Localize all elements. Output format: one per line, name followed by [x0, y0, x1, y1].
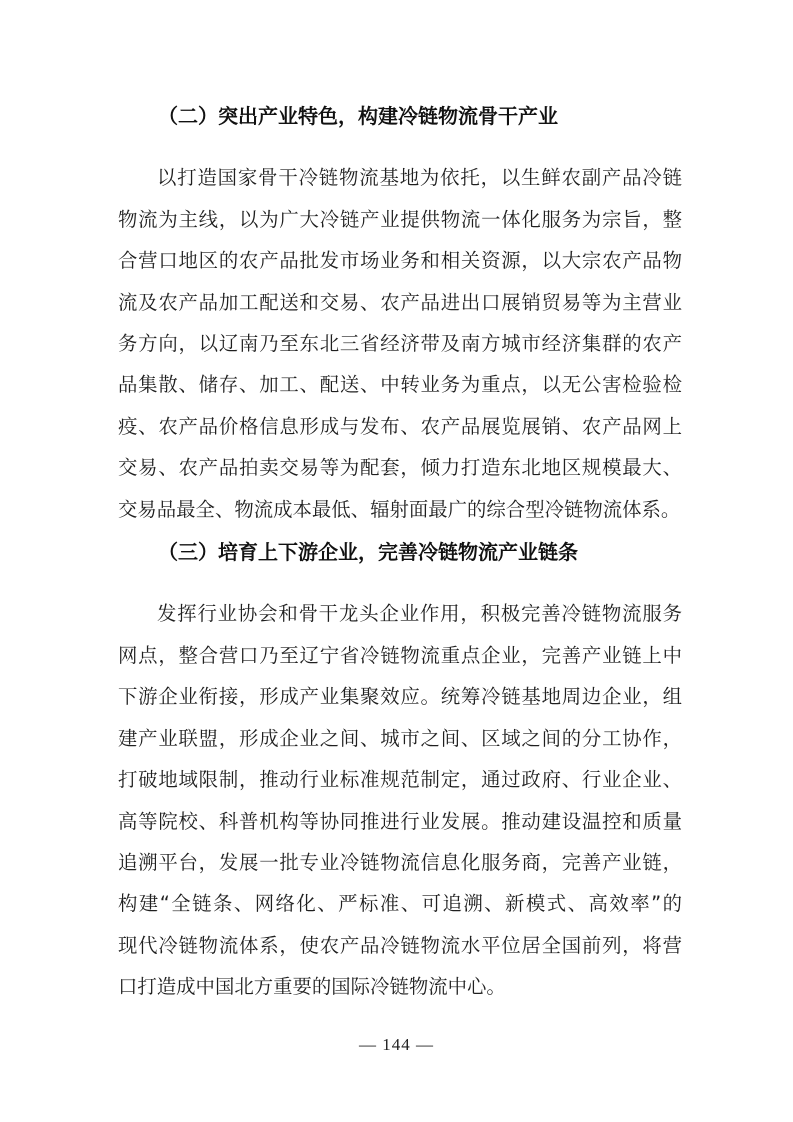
section-industry-features: （二）突出产业特色，构建冷链物流骨干产业 以打造国家骨干冷链物流基地为依托，以生… — [118, 96, 682, 530]
text-line: 发挥行业协会和骨干龙头企业作用，积极完善冷链物流服务 — [118, 593, 682, 634]
text-line: 打破地域限制，推动行业标准规范制定，通过政府、行业企业、 — [118, 759, 682, 800]
text-line: 下游企业衔接，形成产业集聚效应。统筹冷链基地周边企业，组 — [118, 676, 682, 717]
text-line: 交易品最全、物流成本最低、辐射面最广的综合型冷链物流体系。 — [118, 489, 682, 530]
page-number: — 144 — — [359, 1035, 434, 1054]
text-line: 网点，整合营口乃至辽宁省冷链物流重点企业，完善产业链上中 — [118, 635, 682, 676]
text-line: 物流为主线，以为广大冷链产业提供物流一体化服务为宗旨，整 — [118, 199, 682, 240]
text-line: 流及农产品加工配送和交易、农产品进出口展销贸易等为主营业 — [118, 282, 682, 323]
text-line: 追溯平台，发展一批专业冷链物流信息化服务商，完善产业链， — [118, 842, 682, 883]
text-line: 口打造成中国北方重要的国际冷链物流中心。 — [118, 966, 682, 1007]
section-industry-chain: （三）培育上下游企业，完善冷链物流产业链条 发挥行业协会和骨干龙头企业作用，积极… — [118, 532, 682, 1007]
text-line: 疫、农产品价格信息形成与发布、农产品展览展销、农产品网上 — [118, 406, 682, 447]
text-line: 合营口地区的农产品批发市场业务和相关资源，以大宗农产品物 — [118, 240, 682, 281]
text-line: 现代冷链物流体系，使农产品冷链物流水平位居全国前列，将营 — [118, 925, 682, 966]
text-line: 以打造国家骨干冷链物流基地为依托，以生鲜农副产品冷链 — [118, 157, 682, 198]
text-line: 高等院校、科普机构等协同推进行业发展。推动建设温控和质量 — [118, 801, 682, 842]
text-line: 建产业联盟，形成企业之间、城市之间、区域之间的分工协作， — [118, 718, 682, 759]
section-heading: （二）突出产业特色，构建冷链物流骨干产业 — [118, 96, 682, 137]
section-heading: （三）培育上下游企业，完善冷链物流产业链条 — [118, 532, 682, 573]
page-content: （二）突出产业特色，构建冷链物流骨干产业 以打造国家骨干冷链物流基地为依托，以生… — [118, 96, 682, 1008]
text-line: 品集散、储存、加工、配送、中转业务为重点，以无公害检验检 — [118, 364, 682, 405]
document-page: （二）突出产业特色，构建冷链物流骨干产业 以打造国家骨干冷链物流基地为依托，以生… — [0, 0, 793, 1122]
text-line: 务方向，以辽南乃至东北三省经济带及南方城市经济集群的农产 — [118, 323, 682, 364]
page-footer: — 144 — — [0, 1033, 793, 1057]
paragraph: 发挥行业协会和骨干龙头企业作用，积极完善冷链物流服务网点，整合营口乃至辽宁省冷链… — [118, 593, 682, 1007]
paragraph: 以打造国家骨干冷链物流基地为依托，以生鲜农副产品冷链物流为主线，以为广大冷链产业… — [118, 157, 682, 530]
text-line: 构建“全链条、网络化、严标准、可追溯、新模式、高效率”的 — [118, 883, 682, 924]
text-line: 交易、农产品拍卖交易等为配套，倾力打造东北地区规模最大、 — [118, 447, 682, 488]
